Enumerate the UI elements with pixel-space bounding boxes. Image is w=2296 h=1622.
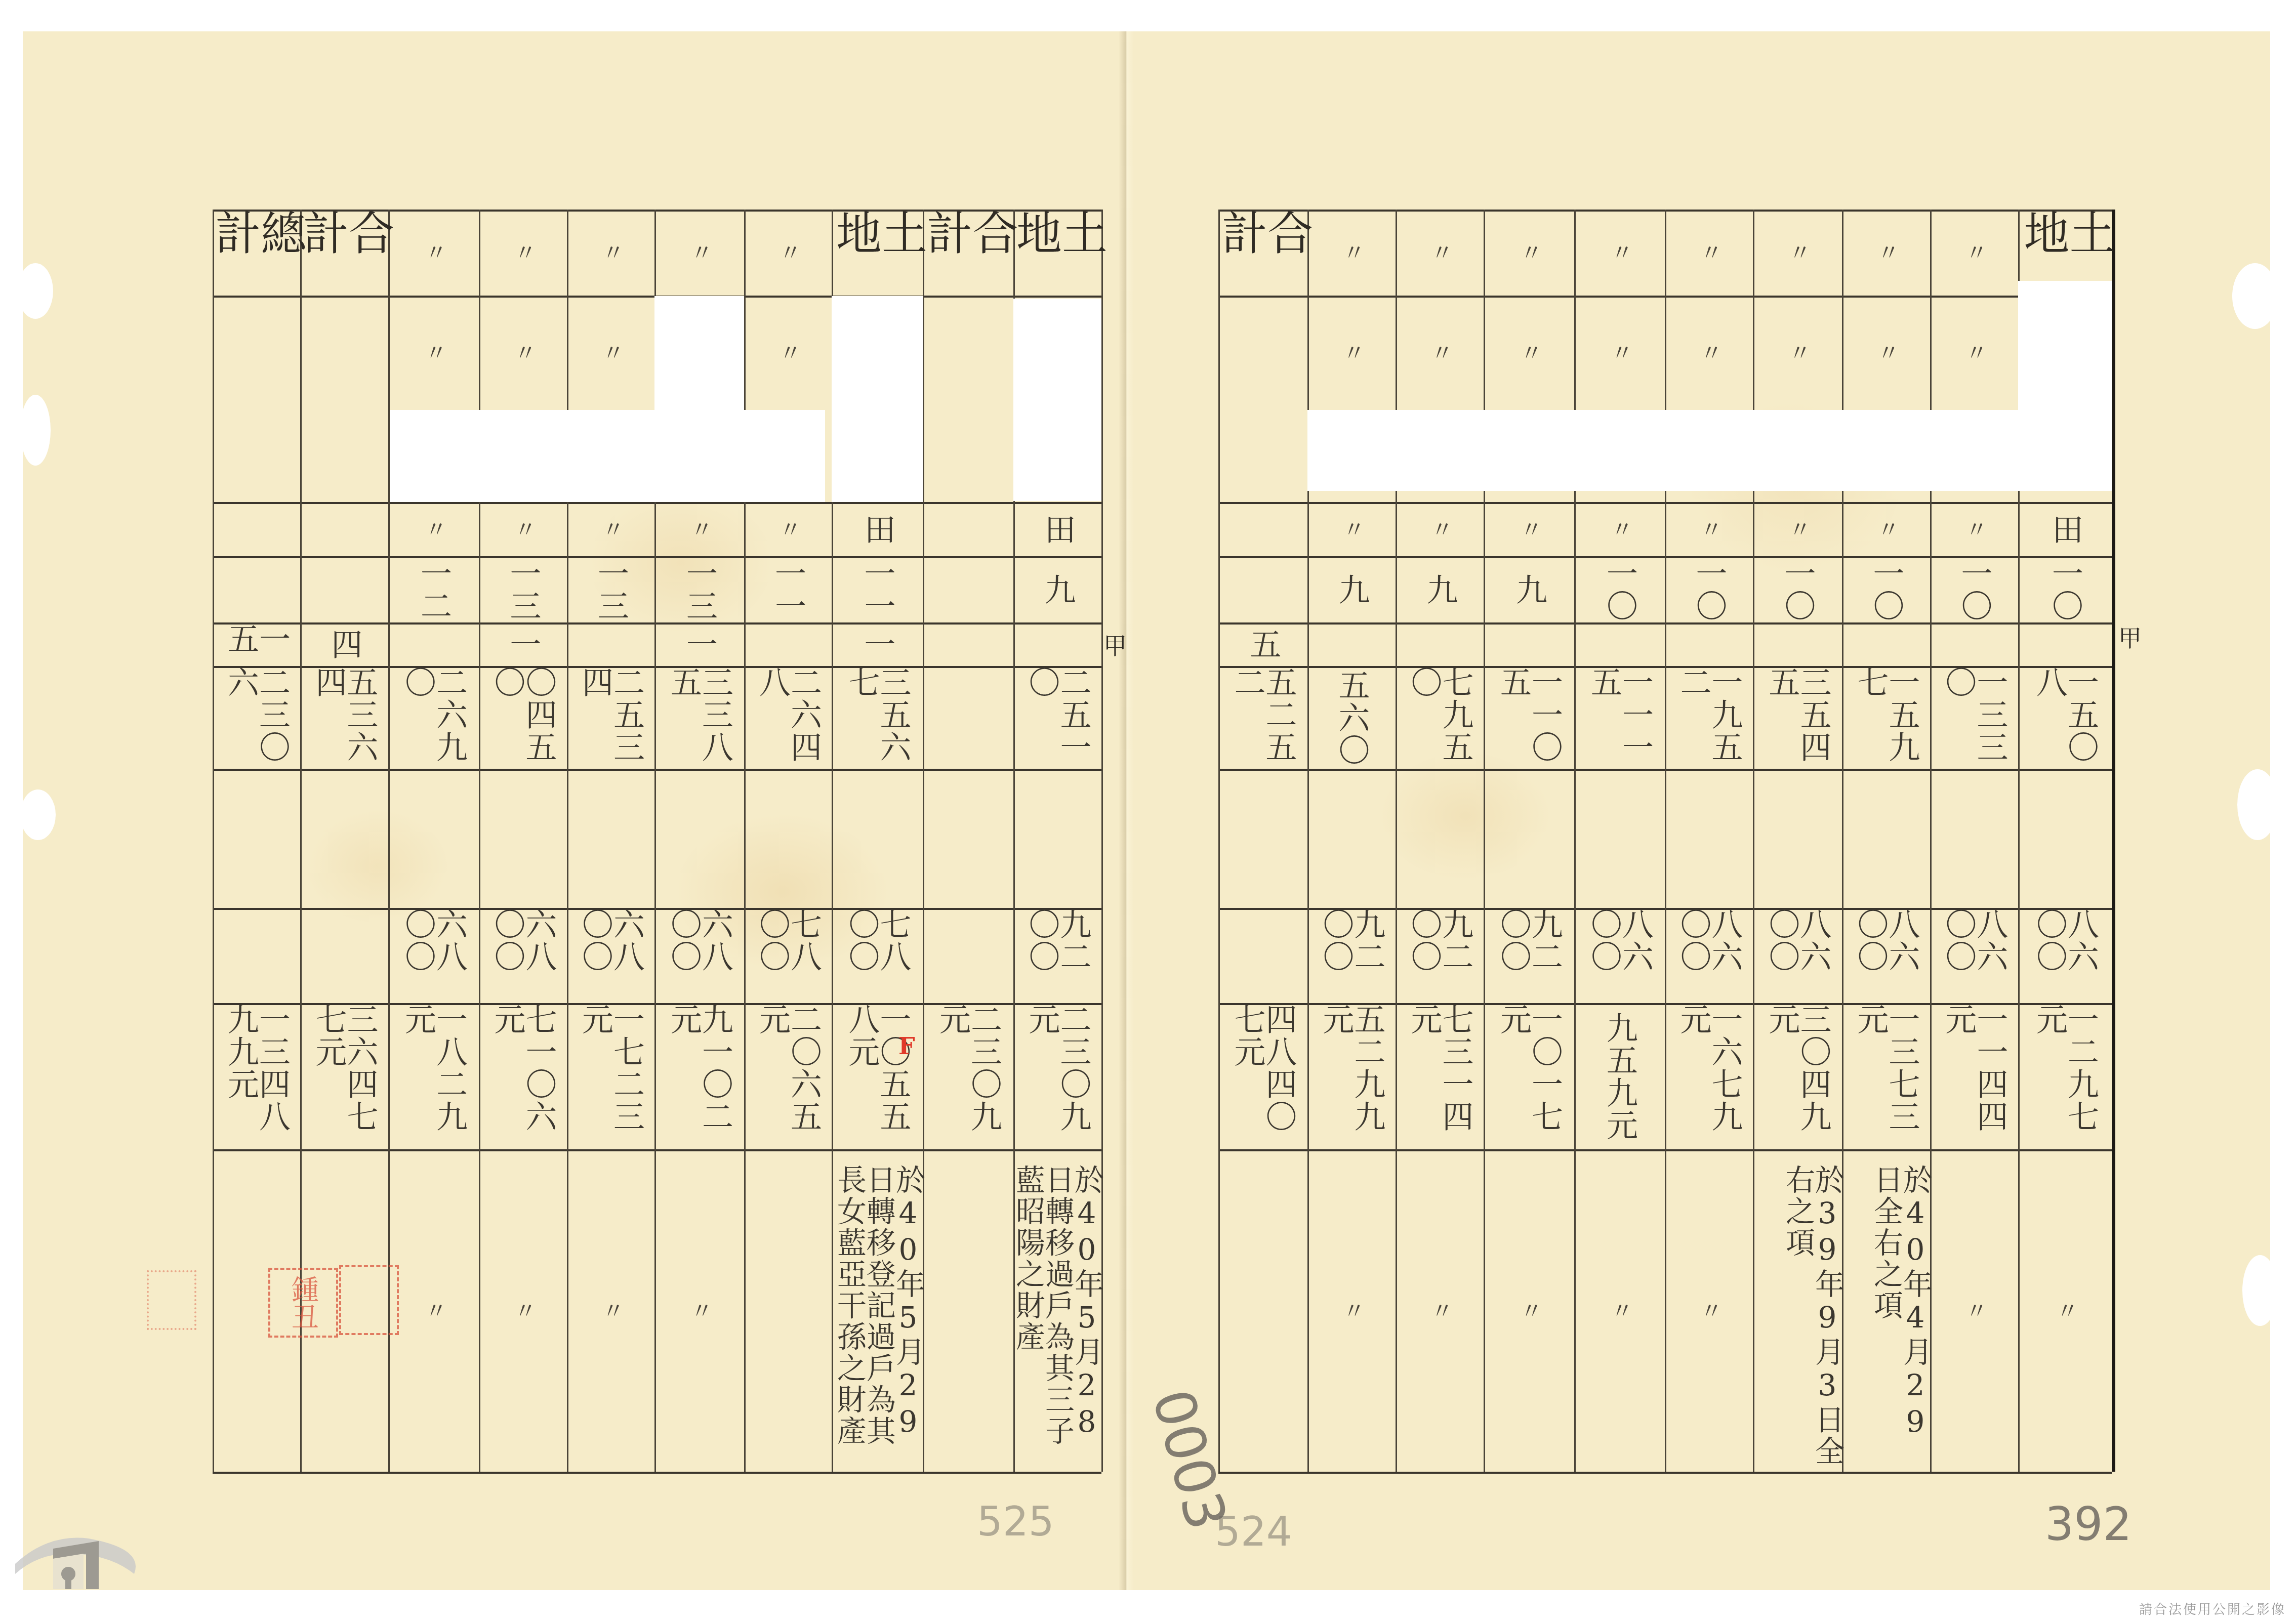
cell-row9-grade [213,908,300,1003]
cell-header: 合計 [1218,210,1307,296]
cell-row4: 〃 [1665,502,1753,556]
cell-row8 [1842,769,1930,908]
cell-row10-value: 四八四〇七元 [1218,1003,1307,1149]
cell-row9-grade: 九二〇〇 [1484,908,1574,1003]
cell-row10-value: 二三〇九元 [1013,1003,1101,1149]
cell-row5: 九 [1396,556,1484,622]
seal-stamp: 鍾丑 [268,1268,338,1338]
cell-row10-value: 五二九九元 [1307,1003,1396,1149]
cell-row9-grade: 九二〇〇 [1013,908,1101,1003]
cell-header: 〃 [1307,210,1396,296]
torn-edge [2237,769,2278,840]
cell-row10-value: 一三四八九九元 [213,1003,300,1149]
cell-row8 [654,769,744,908]
cell-row2: 〃 [1396,296,1484,410]
redaction-block [390,410,825,502]
cell-row7-area: 〇四五〇 [479,666,567,769]
cell-header: 〃 [567,210,654,296]
cell-row7-area: 一五九七 [1842,666,1930,769]
cell-row5: 九 [1013,556,1101,622]
cell-row5: 一〇 [1842,556,1930,622]
cell-row10-value: 一三七三元 [1842,1003,1930,1149]
seal-text: 鍾丑 [284,1275,323,1330]
cell-row5: 一三 [567,556,654,622]
cell-row9-grade: 八六〇〇 [2018,908,2112,1003]
jia-marker-left: 甲 [1103,628,1127,661]
cell-row4 [300,502,388,556]
cell-row10-value: 九五九元 [1574,1003,1665,1149]
cell-row6-jia [1930,622,2018,666]
cell-row6-jia: 一五 [213,622,300,666]
cell-row4: 〃 [1930,502,2018,556]
cell-row8 [1396,769,1484,908]
cell-row9-grade [923,908,1013,1003]
cell-row2: 〃 [479,296,567,410]
cell-row4: 〃 [1574,502,1665,556]
cell-row8 [1665,769,1753,908]
cell-row4: 〃 [1307,502,1396,556]
cell-row6-jia [923,622,1013,666]
cell-row8 [1013,769,1101,908]
cell-row11-note: 〃 [1574,1149,1665,1472]
table-rule [1218,1472,2112,1474]
cell-row10-value: 一七二三元 [567,1003,654,1149]
cell-row11-note: 於40年5月29日轉移登記過戶為其長女藍亞干孫之財產 [832,1149,923,1472]
cell-header: 土地 [1013,210,1101,296]
cell-row10-value: 七一〇六元 [479,1003,567,1149]
cell-row8 [744,769,832,908]
pencil-folio-number: 392 [2045,1498,2132,1551]
cell-row10-value: 一六七九元 [1665,1003,1753,1149]
cell-row8 [923,769,1013,908]
cell-row11-note: 〃 [1307,1149,1396,1472]
cell-row5: 九 [1484,556,1574,622]
cell-row11-note: 〃 [2018,1149,2112,1472]
cell-row7-area: 一九五二 [1665,666,1753,769]
cell-row4: 田 [832,502,923,556]
cell-row8 [1307,769,1396,908]
cell-row9-grade: 八六〇〇 [1574,908,1665,1003]
cell-row6-jia [1013,622,1101,666]
cell-row2: 〃 [1842,296,1930,410]
cell-row7-area: 二三〇六 [213,666,300,769]
cell-header: 總計 [213,210,300,296]
cell-header: 〃 [1396,210,1484,296]
cell-row11-note: 於40年5月28日轉移過戶為其三子藍昭陽之財產 [1013,1149,1101,1472]
cell-header: 〃 [388,210,479,296]
cell-row11-note: 〃 [1930,1149,2018,1472]
cell-row6-jia [744,622,832,666]
cell-row9-grade [1218,908,1307,1003]
cell-row9-grade: 六八〇〇 [388,908,479,1003]
cell-row11-note [744,1149,832,1472]
cell-row6-jia: 五 [1218,622,1307,666]
cell-row7-area: 五二五二 [1218,666,1307,769]
cell-header: 〃 [1574,210,1665,296]
cell-row2: 〃 [1665,296,1753,410]
cell-row9-grade: 六八〇〇 [654,908,744,1003]
cell-header: 〃 [1930,210,2018,296]
cell-header: 〃 [1484,210,1574,296]
cell-row11-note: 〃 [1665,1149,1753,1472]
torn-edge [2242,1255,2278,1326]
cell-row4 [213,502,300,556]
seal-stamp-2 [339,1265,399,1335]
cell-row7-area: 一五〇八 [2018,666,2112,769]
cell-row8 [300,769,388,908]
cell-row4 [923,502,1013,556]
usage-watermark: 請合法使用公開之影像 [2139,1599,2286,1618]
cell-row6-jia [1396,622,1484,666]
cell-header: 〃 [1842,210,1930,296]
cell-row9-grade: 六八〇〇 [479,908,567,1003]
redaction-block [1307,410,2112,491]
cell-row8 [567,769,654,908]
cell-row9-grade: 八六〇〇 [1842,908,1930,1003]
cell-row7-area: 七九五〇 [1396,666,1484,769]
cell-header: 合計 [923,210,1013,296]
cell-row9-grade: 九二〇〇 [1396,908,1484,1003]
cell-row6-jia [1842,622,1930,666]
cell-row7-area: 一一一五 [1574,666,1665,769]
cell-row4: 田 [2018,502,2112,556]
cell-row8 [1753,769,1842,908]
cell-row9-grade: 六八〇〇 [567,908,654,1003]
column-rule [2112,210,2115,1472]
cell-row5 [1218,556,1307,622]
cell-row11-note: 〃 [479,1149,567,1472]
cell-row10-value: 九一〇二元 [654,1003,744,1149]
cell-row7-area [923,666,1013,769]
cell-row8 [2018,769,2112,908]
cell-row2: 〃 [1753,296,1842,410]
cell-row2 [1218,296,1307,410]
cell-row7-area: 三三八五 [654,666,744,769]
cell-row10-value: 七三一四元 [1396,1003,1484,1149]
cell-header: 〃 [1665,210,1753,296]
cell-row2: 〃 [1930,296,2018,410]
cell-row8 [388,769,479,908]
cell-row5: 一三 [654,556,744,622]
torn-edge [18,263,53,319]
cell-row10-value: 一〇五五八元 [832,1003,923,1149]
archive-logo-icon [8,1513,139,1589]
cell-row11-note: 〃 [567,1149,654,1472]
jia-marker-right: 甲 [2118,620,2142,653]
cell-header: 土地 [832,210,923,296]
redaction-block [832,296,923,502]
cell-row8 [832,769,923,908]
pencil-page-number-right: 524 [1215,1508,1292,1555]
cell-row6-jia [388,622,479,666]
cell-row5: 一三 [479,556,567,622]
cell-row10-value: 一一四四元 [1930,1003,2018,1149]
cell-row2 [923,296,1013,410]
cell-row10-value: 二三〇九元 [923,1003,1013,1149]
cell-row6-jia [1307,622,1396,666]
cell-row8 [1574,769,1665,908]
cell-row2: 〃 [1574,296,1665,410]
cell-row7-area: 二五三四 [567,666,654,769]
cell-row4: 〃 [1842,502,1930,556]
cell-row9-grade: 七八〇〇 [744,908,832,1003]
cell-row6-jia [1484,622,1574,666]
cell-row7-area: 二六四八 [744,666,832,769]
cell-row9-grade: 七八〇〇 [832,908,923,1003]
cell-row10-value: 三六四七七元 [300,1003,388,1149]
cell-row7-area: 三五六七 [832,666,923,769]
cell-row10-value: 一八二九元 [388,1003,479,1149]
cell-row9-grade: 八六〇〇 [1930,908,2018,1003]
cell-row7-area: 一一〇五 [1484,666,1574,769]
cell-row6-jia: 一 [832,622,923,666]
cell-row4: 〃 [744,502,832,556]
page-fold [1119,31,1134,1590]
cell-row10-value: 一〇一七元 [1484,1003,1574,1149]
cell-header: 〃 [479,210,567,296]
cell-row8 [1930,769,2018,908]
cell-row7-area: 二六九〇 [388,666,479,769]
cell-row6-jia: 一 [479,622,567,666]
cell-row9-grade: 九二〇〇 [1307,908,1396,1003]
cell-row4: 〃 [388,502,479,556]
cell-row7-area: 一三三〇 [1930,666,2018,769]
cell-row2 [213,296,300,410]
torn-edge [20,789,56,840]
cell-row4: 〃 [654,502,744,556]
torn-edge [20,395,51,466]
cell-row5: 一〇 [1574,556,1665,622]
cell-row9-grade: 八六〇〇 [1665,908,1753,1003]
cell-row4: 〃 [1484,502,1574,556]
cell-row4: 田 [1013,502,1101,556]
cell-row7-area: 五六〇 [1307,666,1396,769]
cell-row2: 〃 [744,296,832,410]
cell-row4: 〃 [567,502,654,556]
cell-header: 〃 [654,210,744,296]
cell-row11-note: 〃 [1484,1149,1574,1472]
cell-row9-grade: 八六〇〇 [1753,908,1842,1003]
cell-row4: 〃 [479,502,567,556]
cell-row5 [213,556,300,622]
cell-row2: 〃 [388,296,479,410]
cell-row5 [300,556,388,622]
cell-row7-area: 三五四五 [1753,666,1842,769]
cell-header: 合計 [300,210,388,296]
cell-row10-value: 一二九七元 [2018,1003,2112,1149]
cell-row6-jia: 四 [300,622,388,666]
cell-row2 [300,296,388,410]
cell-row11-note: 〃 [1396,1149,1484,1472]
cell-row11-note [1218,1149,1307,1472]
cell-row5: 一一 [744,556,832,622]
cell-row6-jia [567,622,654,666]
cell-row10-value: 二〇六五元 [744,1003,832,1149]
pencil-page-number-left: 525 [977,1498,1054,1545]
cell-row4 [1218,502,1307,556]
table-rule [213,1472,1101,1474]
cell-row8 [1218,769,1307,908]
cell-row6-jia [2018,622,2112,666]
cell-row11-note: 於40年4月29日全右之項 [1842,1149,1930,1472]
cell-row8 [213,769,300,908]
cell-row8 [1484,769,1574,908]
cell-row5: 一〇 [2018,556,2112,622]
cell-row4: 〃 [1396,502,1484,556]
cell-row5: 一〇 [1753,556,1842,622]
cell-row5: 九 [1307,556,1396,622]
cell-row11-note [923,1149,1013,1472]
seal-stamp-faint [147,1270,196,1330]
cell-row10-value: 三〇四九元 [1753,1003,1842,1149]
cell-row7-area: 二五一〇 [1013,666,1101,769]
cell-row9-grade [300,908,388,1003]
cell-row6-jia [1753,622,1842,666]
cell-row11-note: 〃 [654,1149,744,1472]
cell-row4: 〃 [1753,502,1842,556]
cell-row5: 一〇 [1665,556,1753,622]
cell-row8 [479,769,567,908]
cell-row2: 〃 [1307,296,1396,410]
cell-row2: 〃 [567,296,654,410]
cell-row5: 一〇 [1930,556,2018,622]
cell-row5 [923,556,1013,622]
cell-header: 〃 [744,210,832,296]
cell-row2: 〃 [1484,296,1574,410]
redaction-block [654,296,744,502]
cell-row6-jia [1665,622,1753,666]
cell-row7-area: 五三六四 [300,666,388,769]
cell-row5: 一二 [388,556,479,622]
cell-header: 〃 [1753,210,1842,296]
cell-row11-note: 於39年9月3日全右之項 [1753,1149,1842,1472]
cell-row11-note: 〃 [388,1149,479,1472]
red-correction-mark: F [898,1032,915,1060]
cell-row5: 一一 [832,556,923,622]
cell-row6-jia [1574,622,1665,666]
redaction-block [1013,299,1101,501]
cell-row6-jia: 一 [654,622,744,666]
torn-edge [2232,263,2278,329]
redaction-block [2018,281,2112,491]
